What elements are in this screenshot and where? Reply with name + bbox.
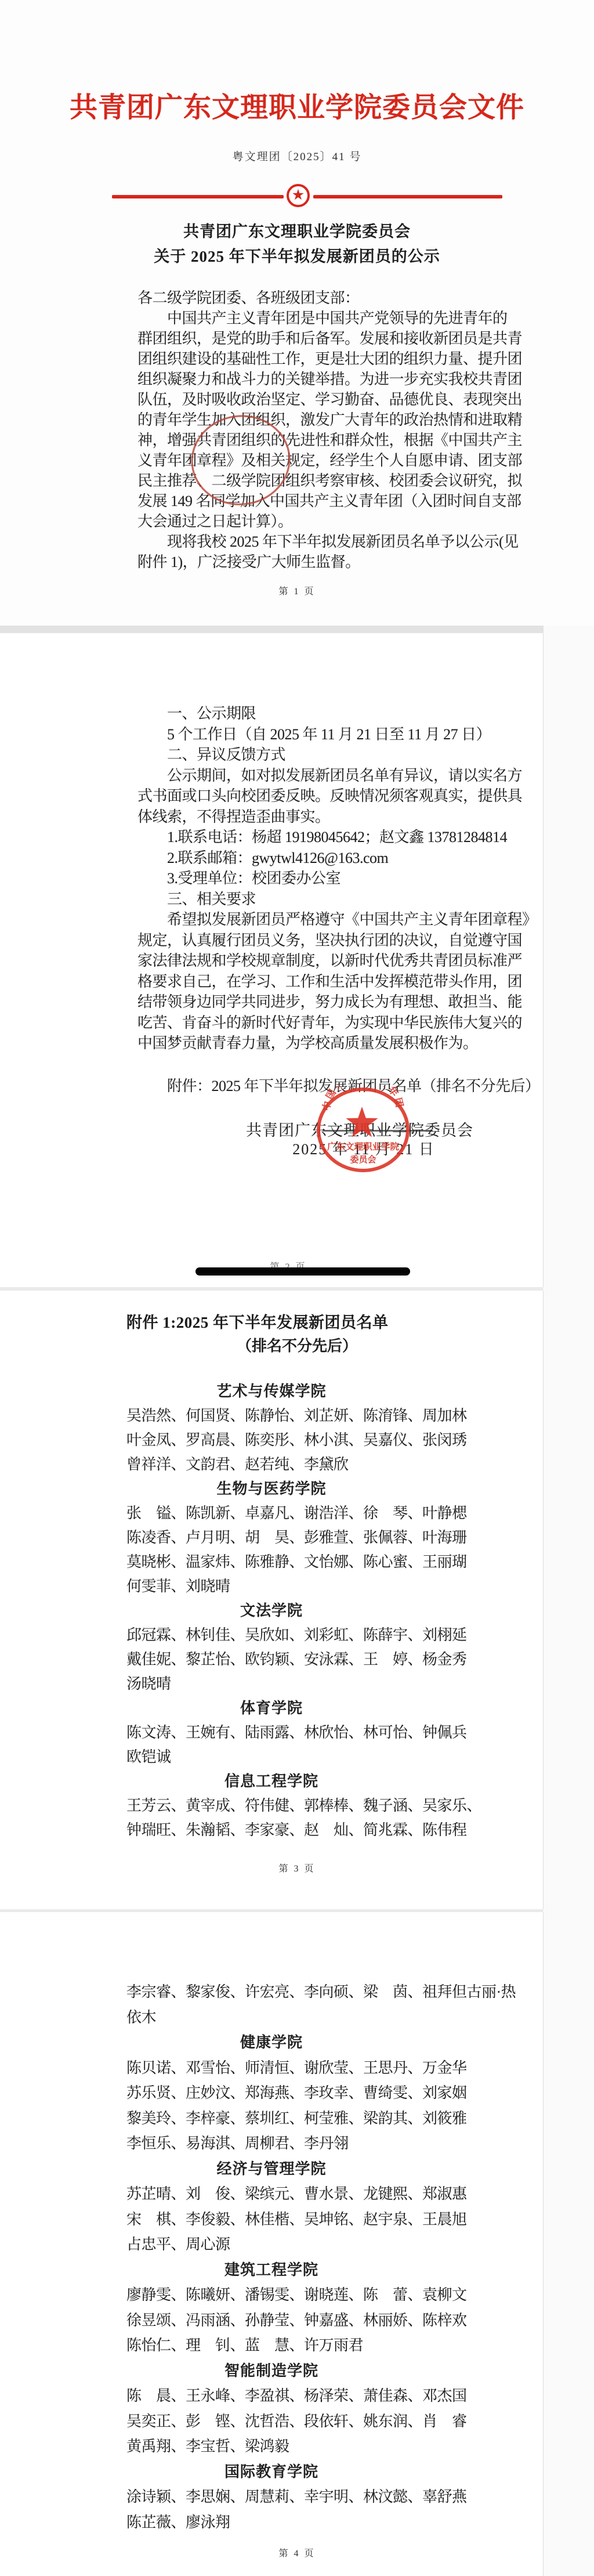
name-line: 徐昱颂、冯雨涵、孙静莹、钟嘉盛、林丽娇、陈梓欢 [0,2308,594,2333]
name-line: 曾祥洋、文韵君、赵若纯、李黛欣 [0,1453,594,1477]
body-text-line: 附件 1)，广泛接受广大师生监督。 [137,552,522,572]
name-line: 何雯菲、刘晓晴 [0,1574,594,1599]
body-text-line: 体线索，不得捏造歪曲事实。 [137,807,537,828]
body-text-line: 家法律法规和学校规章制度，以新时代优秀共青团员标准严 [137,951,537,971]
body-text-line: 中国共产主义青年团是中国共产党领导的先进青年的 [137,308,522,328]
body-text-line: 队伍，及时吸收政治坚定、学习勤奋、品德优良、表现突出 [137,389,522,410]
attachment-title: 附件 1:2025 年下半年发展新团员名单 [126,1310,389,1332]
name-line: 汤晓晴 [0,1672,594,1696]
name-line: 邱冠霖、林钊佳、吴欣如、刘彩虹、陈薛宇、刘栩延 [0,1623,594,1648]
name-line: 李恒乐、易海淇、周柳君、李丹翎 [0,2131,594,2156]
body-text-line: 中国梦贡献青春力量，为学校高质量发展积极作为。 [137,1033,537,1054]
body-text-line: 式书面或口头向校团委反映。反映情况须客观真实，提供具 [137,786,537,807]
star-emblem-icon: ★ [287,184,310,207]
page-separator-1 [0,626,594,633]
college-heading: 文法学院 [0,1599,543,1623]
body-text-line: 结带领身边同学共同进步，努力成长为有理想、敢担当、能 [137,992,537,1013]
college-name-lines: 苏芷晴、刘 俊、梁缤元、曹水景、龙键熙、郑淑惠宋 棋、李俊毅、林佳楷、吴坤铭、赵… [0,2181,594,2257]
viewer-margin-area [544,626,594,2576]
name-line: 黎美玲、李梓豪、蔡圳红、柯莹雅、梁韵其、刘筱雅 [0,2106,594,2131]
page3-number: 第 3 页 [0,1861,594,1874]
name-line: 苏芷晴、刘 俊、梁缤元、曹水景、龙键熙、郑淑惠 [0,2181,594,2207]
body-text-line: 希望拟发展新团员严格遵守《中国共产主义青年团章程》 [137,909,537,930]
college-name-lines: 张 镒、陈凯新、卓嘉凡、谢浩洋、徐 琴、叶静楒陈凌香、卢月明、胡 昊、彭雅萱、张… [0,1501,594,1599]
star-icon: ★ [292,188,305,203]
document-title-line2: 关于 2025 年下半年拟发展新团员的公示 [0,244,594,266]
name-line: 廖静雯、陈曦妍、潘锡雯、谢晓莲、陈 蕾、袁柳文 [0,2282,594,2308]
document-title-line1: 共青团广东文理职业学院委员会 [0,219,594,241]
name-line: 黄禹翔、李宝哲、梁鸿毅 [0,2434,594,2459]
body-text-line: 格要求自己，在学习、工作和生活中发挥模范带头作用，团 [137,971,537,992]
body-text-line: 二、异议反馈方式 [137,745,537,765]
body-text-line: 1.联系电话：杨超 19198045642；赵文鑫 13781284814 [137,827,537,848]
name-line: 欧铠诚 [0,1745,594,1769]
college-section: 文法学院 邱冠霖、林钊佳、吴欣如、刘彩虹、陈薛宇、刘栩延戴佳妮、黎芷怡、欧钧颖、… [0,1599,594,1696]
college-heading: 智能制造学院 [0,2358,543,2384]
college-heading: 国际教育学院 [0,2459,543,2485]
page4-number: 第 4 页 [0,2546,594,2559]
name-line: 依木 [0,2005,594,2031]
body-text-line: 大会通过之日起计算）。 [137,511,522,532]
name-line: 张 镒、陈凯新、卓嘉凡、谢浩洋、徐 琴、叶静楒 [0,1501,594,1526]
body-text-line: 2.联系邮箱：gwytwl4126@163.com [137,848,537,869]
document-viewer[interactable]: 共青团广东文理职业学院委员会文件 粤文理团〔2025〕41 号 ★ 共青团广东文… [0,0,594,2576]
body-text-line: 一、公示期限 [137,703,537,724]
college-section: 智能制造学院 陈 晨、王永峰、李盈祺、杨泽荣、萧佳森、邓杰国吴奕正、彭 铿、沈哲… [0,2358,594,2459]
name-line: 吴奕正、彭 铿、沈哲浩、段依轩、姚东润、肖 睿 [0,2409,594,2434]
body-text-line: 现将我校 2025 年下半年拟发展新团员名单予以公示(见 [137,532,522,552]
name-line: 宋 棋、李俊毅、林佳楷、吴坤铭、赵宇泉、王晨旭 [0,2207,594,2232]
college-section: 国际教育学院 涂诗颖、李思娴、周慧莉、幸宇明、林汶懿、辜舒燕陈芷薇、廖泳翔 [0,2459,594,2535]
college-name-lines: 涂诗颖、李思娴、周慧莉、幸宇明、林汶懿、辜舒燕陈芷薇、廖泳翔 [0,2484,594,2535]
page2-body: 一、公示期限 5 个工作日（自 2025 年 11 月 21 日至 11 月 2… [137,703,537,1054]
page1-number: 第 1 页 [0,584,594,597]
college-heading: 信息工程学院 [0,1769,543,1794]
body-text-line: 三、相关要求 [137,889,537,910]
seal-org-suffix: 委员会 [350,1154,376,1165]
seal-star-icon [346,1107,378,1137]
body-text-line: 吃苦、肯奋斗的新时代好青年，为实现中华民族伟大复兴的 [137,1013,537,1034]
college-name-lines: 吴浩然、何国贤、陈静怡、刘芷妍、陈淯锋、周加林叶金凤、罗高晨、陈奕彤、林小淇、吴… [0,1404,594,1477]
red-circle-stamp-mark [189,413,293,509]
seal-org-name: 广东文理职业学院 [327,1141,400,1152]
continuation-lines: 李宗睿、黎家俊、许宏亮、李向硕、梁 茵、祖拜但古丽·热依木 [0,1979,594,2030]
college-name-lines: 廖静雯、陈曦妍、潘锡雯、谢晓莲、陈 蕾、袁柳文徐昱颂、冯雨涵、孙静莹、钟嘉盛、林… [0,2282,594,2358]
college-name-lines: 陈贝诺、邓雪怡、师清恒、谢欣莹、王思丹、万金华苏乐贤、庄妙汶、郑海燕、李玫幸、曹… [0,2055,594,2156]
official-league-seal: 中国共产主义青年团 广东文理职业学院 委员会 [315,1086,412,1175]
red-divider-right [313,195,502,198]
college-section: 建筑工程学院 廖静雯、陈曦妍、潘锡雯、谢晓莲、陈 蕾、袁柳文徐昱颂、冯雨涵、孙静… [0,2257,594,2358]
page-2: 一、公示期限 5 个工作日（自 2025 年 11 月 21 日至 11 月 2… [0,633,544,1287]
name-line: 陈芷薇、廖泳翔 [0,2510,594,2535]
college-section: 信息工程学院 王芳云、黄宰成、符伟健、郭棒棒、魏子涵、吴家乐、钟瑞旺、朱瀚韬、李… [0,1769,594,1842]
name-line: 占忠平、周心源 [0,2232,594,2257]
name-line: 陈贝诺、邓雪怡、师清恒、谢欣莹、王思丹、万金华 [0,2055,594,2081]
red-divider-left [112,195,284,198]
name-line: 叶金凤、罗高晨、陈奕彤、林小淇、吴嘉仪、张闵琇 [0,1428,594,1453]
name-line: 李宗睿、黎家俊、许宏亮、李向硕、梁 茵、祖拜但古丽·热 [0,1979,594,2005]
name-list-page3: 艺术与传媒学院 吴浩然、何国贤、陈静怡、刘芷妍、陈淯锋、周加林叶金凤、罗高晨、陈… [0,1379,594,1842]
college-section: 生物与医药学院 张 镒、陈凯新、卓嘉凡、谢浩洋、徐 琴、叶静楒陈凌香、卢月明、胡… [0,1477,594,1599]
name-line: 莫晓彬、温家炜、陈雅静、文怡娜、陈心蜜、王丽瑚 [0,1550,594,1574]
body-text-line: 公示期间，如对拟发展新团员名单有异议，请以实名方 [137,765,537,786]
page-4: 李宗睿、黎家俊、许宏亮、李向硕、梁 茵、祖拜但古丽·热依木 健康学院 陈贝诺、邓… [0,1912,544,2576]
college-name-lines: 陈文涛、王婉有、陆雨露、林欣怡、林可怡、钟佩兵欧铠诚 [0,1721,594,1769]
college-heading: 经济与管理学院 [0,2156,543,2182]
body-text-line: 规定，认真履行团员义务，坚决执行团的决议，自觉遵守国 [137,930,537,951]
page-3: 附件 1:2025 年下半年发展新团员名单 （排名不分先后） 艺术与传媒学院 吴… [0,1291,544,1909]
college-heading: 体育学院 [0,1696,543,1721]
document-number: 粤文理团〔2025〕41 号 [0,148,594,164]
name-line: 钟瑞旺、朱瀚韬、李家豪、赵 灿、简兆霖、陈伟程 [0,1818,594,1842]
body-text-line: 各二级学院团委、各班级团支部： [137,288,522,308]
college-name-lines: 陈 晨、王永峰、李盈祺、杨泽荣、萧佳森、邓杰国吴奕正、彭 铿、沈哲浩、段依轩、姚… [0,2383,594,2459]
redaction-bar [195,1267,410,1276]
college-heading: 艺术与传媒学院 [0,1379,543,1404]
body-text-line: 组织凝聚力和战斗力的关键举措。为进一步充实我校共青团 [137,369,522,389]
name-line: 涂诗颖、李思娴、周慧莉、幸宇明、林汶懿、辜舒燕 [0,2484,594,2510]
college-name-lines: 邱冠霖、林钊佳、吴欣如、刘彩虹、陈薛宇、刘栩延戴佳妮、黎芷怡、欧钧颖、安泳霖、王… [0,1623,594,1696]
name-line: 陈怡仁、理 钊、蓝 慧、许万雨君 [0,2333,594,2358]
name-line: 戴佳妮、黎芷怡、欧钧颖、安泳霖、王 婷、杨金秀 [0,1648,594,1672]
name-line: 吴浩然、何国贤、陈静怡、刘芷妍、陈淯锋、周加林 [0,1404,594,1428]
name-line: 陈凌香、卢月明、胡 昊、彭雅萱、张佩蓉、叶海珊 [0,1526,594,1550]
body-text-line: 群团组织，是党的助手和后备军。发展和接收新团员是共青 [137,328,522,349]
body-text-line: 3.受理单位：校团委办公室 [137,868,537,889]
college-section: 体育学院 陈文涛、王婉有、陆雨露、林欣怡、林可怡、钟佩兵欧铠诚 [0,1696,594,1769]
college-heading: 生物与医药学院 [0,1477,543,1501]
college-section: 艺术与传媒学院 吴浩然、何国贤、陈静怡、刘芷妍、陈淯锋、周加林叶金凤、罗高晨、陈… [0,1379,594,1477]
college-section-list: 健康学院 陈贝诺、邓雪怡、师清恒、谢欣莹、王思丹、万金华苏乐贤、庄妙汶、郑海燕、… [0,2030,594,2535]
name-line: 王芳云、黄宰成、符伟健、郭棒棒、魏子涵、吴家乐、 [0,1794,594,1818]
body-text-line: 团组织建设的基础性工作，更是壮大团的组织力量、提升团 [137,349,522,369]
name-line: 苏乐贤、庄妙汶、郑海燕、李玫幸、曹绮雯、刘家姻 [0,2080,594,2106]
name-line: 陈 晨、王永峰、李盈祺、杨泽荣、萧佳森、邓杰国 [0,2383,594,2409]
college-name-lines: 王芳云、黄宰成、符伟健、郭棒棒、魏子涵、吴家乐、钟瑞旺、朱瀚韬、李家豪、赵 灿、… [0,1794,594,1842]
name-line: 陈文涛、王婉有、陆雨露、林欣怡、林可怡、钟佩兵 [0,1721,594,1745]
college-heading: 健康学院 [0,2030,543,2055]
page-1: 共青团广东文理职业学院委员会文件 粤文理团〔2025〕41 号 ★ 共青团广东文… [0,0,594,626]
name-list-page4: 李宗睿、黎家俊、许宏亮、李向硕、梁 茵、祖拜但古丽·热依木 健康学院 陈贝诺、邓… [0,1979,594,2535]
college-heading: 建筑工程学院 [0,2257,543,2283]
red-header-banner: 共青团广东文理职业学院委员会文件 [0,85,594,125]
college-section: 经济与管理学院 苏芷晴、刘 俊、梁缤元、曹水景、龙键熙、郑淑惠宋 棋、李俊毅、林… [0,2156,594,2257]
attachment-subtitle: （排名不分先后） [0,1334,594,1356]
body-text-line: 5 个工作日（自 2025 年 11 月 21 日至 11 月 27 日） [137,724,537,745]
college-section: 健康学院 陈贝诺、邓雪怡、师清恒、谢欣莹、王思丹、万金华苏乐贤、庄妙汶、郑海燕、… [0,2030,594,2156]
